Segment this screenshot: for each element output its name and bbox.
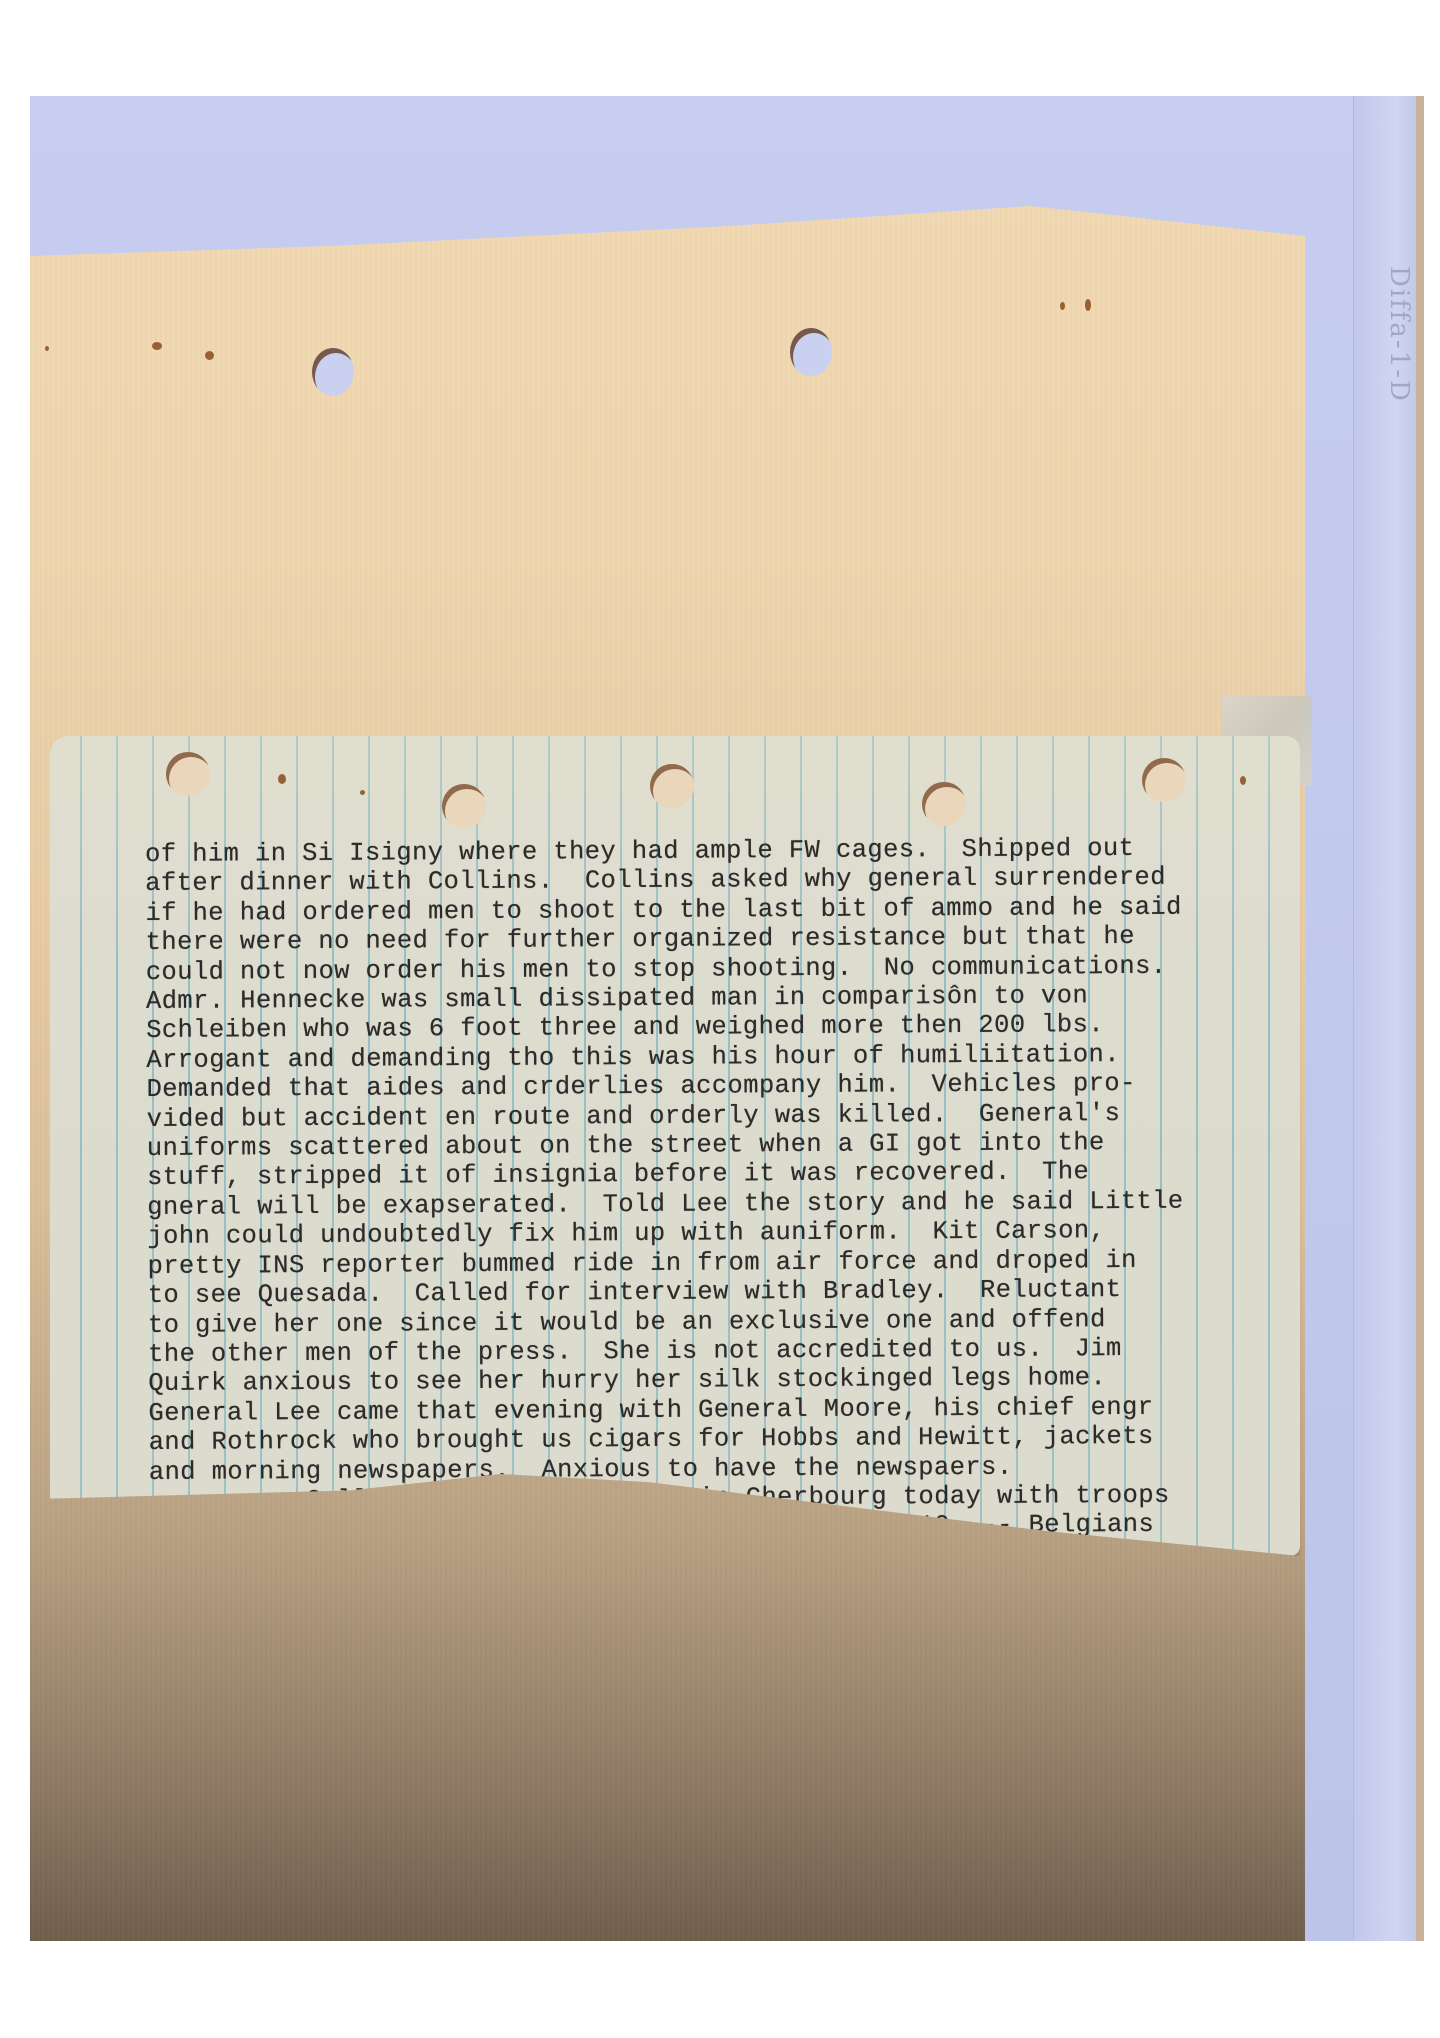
card-punch-hole bbox=[166, 752, 210, 796]
rust-spot bbox=[360, 790, 365, 795]
rust-spot bbox=[1085, 299, 1091, 311]
typed-diary-text: of him in Si Isigny where they had ample… bbox=[145, 833, 1279, 1546]
index-card: of him in Si Isigny where they had ample… bbox=[50, 736, 1300, 1556]
rust-spot bbox=[152, 342, 162, 350]
backing-sheet: Diffa-1-D bbox=[1353, 96, 1424, 1941]
backing-sheet-edge bbox=[1416, 96, 1424, 1941]
card-punch-hole bbox=[922, 782, 966, 826]
rust-spot bbox=[278, 774, 286, 784]
card-punch-hole bbox=[442, 784, 486, 828]
rust-spot bbox=[1060, 302, 1065, 310]
card-punch-hole bbox=[1142, 758, 1186, 802]
rust-spot bbox=[205, 351, 214, 360]
card-punch-hole bbox=[650, 764, 694, 808]
folder-punch-hole bbox=[790, 328, 832, 376]
document-photo: Diffa-1-D of him in Si Isigny where they… bbox=[30, 96, 1424, 1941]
rust-spot bbox=[1240, 776, 1246, 785]
rust-spot bbox=[45, 346, 49, 351]
folder-punch-hole bbox=[312, 348, 354, 396]
margin-annotation: Diffa-1-D bbox=[1384, 266, 1414, 403]
